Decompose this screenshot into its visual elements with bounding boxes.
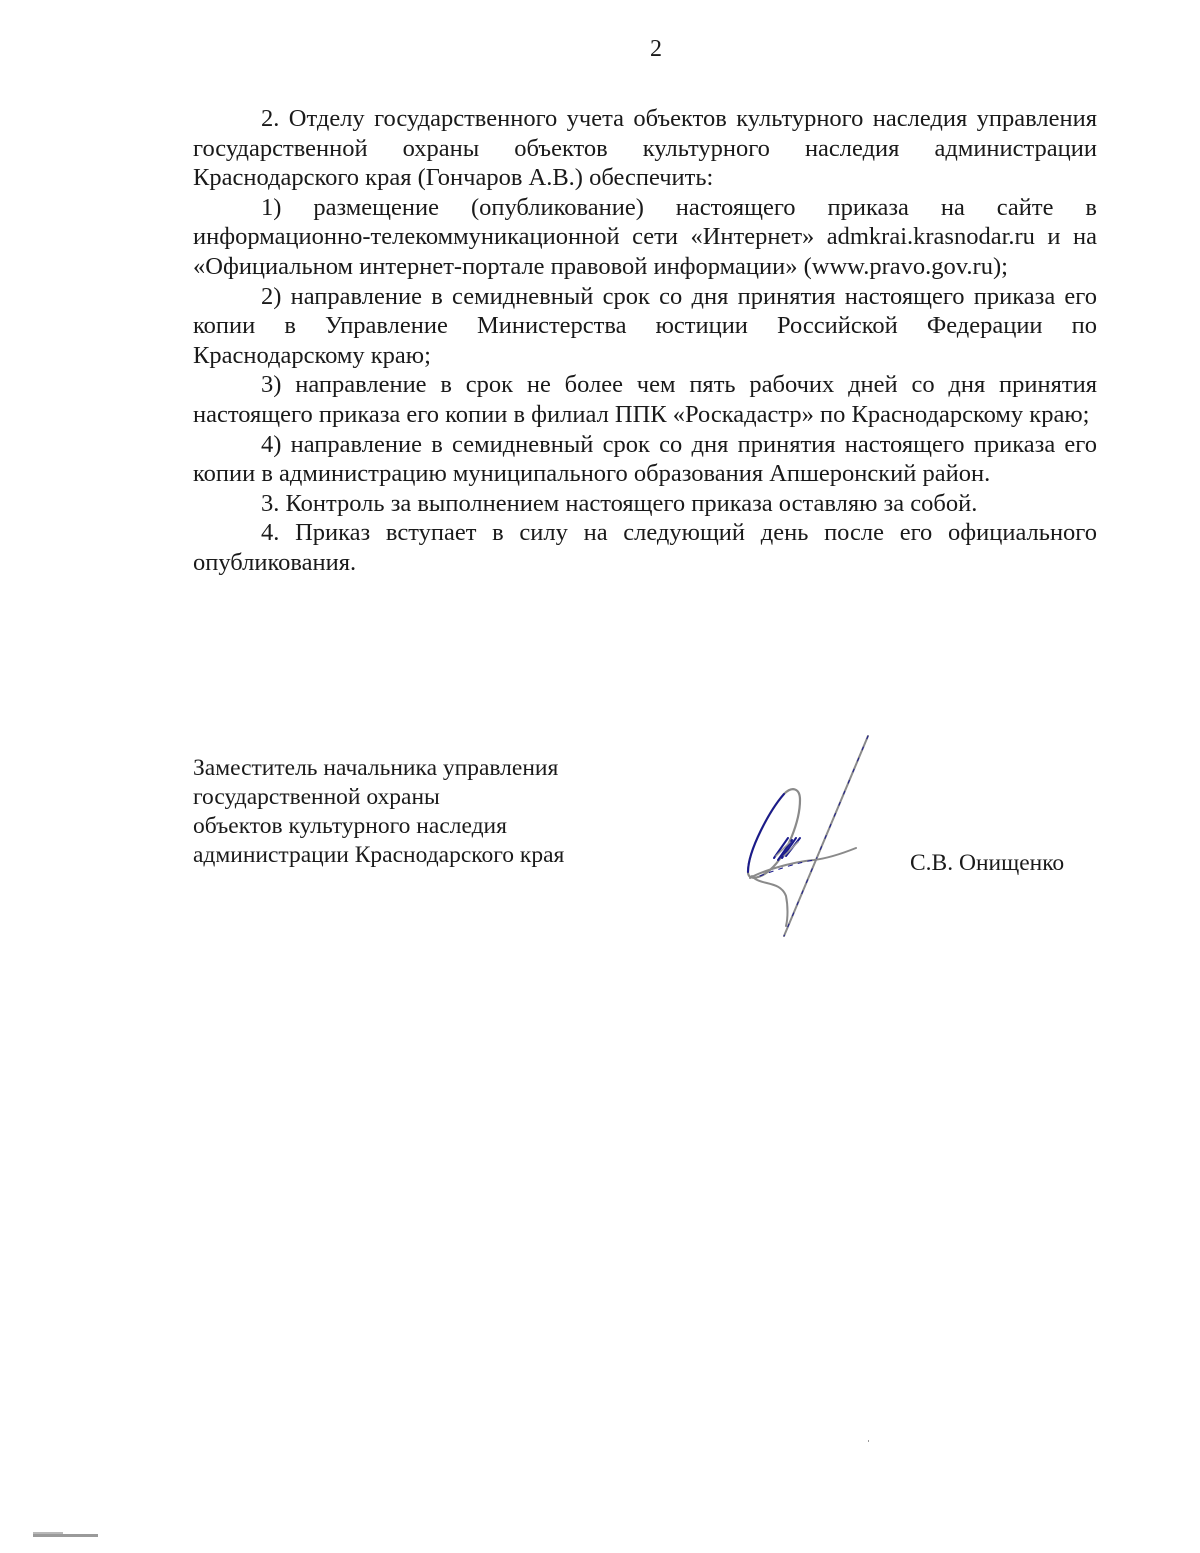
paragraph-2-item-4: 4) направление в семидневный срок со дня…: [193, 430, 1097, 489]
scan-artifact-dot: [868, 1440, 869, 1442]
paragraph-2-item-1: 1) размещение (опубликование) настоящего…: [193, 193, 1097, 282]
scan-artifact-mark: [33, 1534, 98, 1537]
paragraph-2-item-2: 2) направление в семидневный срок со дня…: [193, 282, 1097, 371]
paragraph-2: 2. Отделу государственного учета объекто…: [193, 104, 1097, 193]
signer-position-line: Заместитель начальника управления: [193, 754, 564, 783]
handwritten-signature-icon: [730, 730, 880, 940]
signer-name: С.В. Онищенко: [910, 850, 1064, 877]
signer-position-line: объектов культурного наследия: [193, 812, 564, 841]
paragraph-3: 3. Контроль за выполнением настоящего пр…: [193, 489, 1097, 519]
signer-position: Заместитель начальника управления госуда…: [193, 754, 564, 870]
document-body: 2. Отделу государственного учета объекто…: [193, 104, 1097, 578]
paragraph-4: 4. Приказ вступает в силу на следующий д…: [193, 518, 1097, 577]
signer-position-line: администрации Краснодарского края: [193, 841, 564, 870]
paragraph-2-item-3: 3) направление в срок не более чем пять …: [193, 370, 1097, 429]
page-number: 2: [0, 36, 1200, 63]
signer-position-line: государственной охраны: [193, 783, 564, 812]
